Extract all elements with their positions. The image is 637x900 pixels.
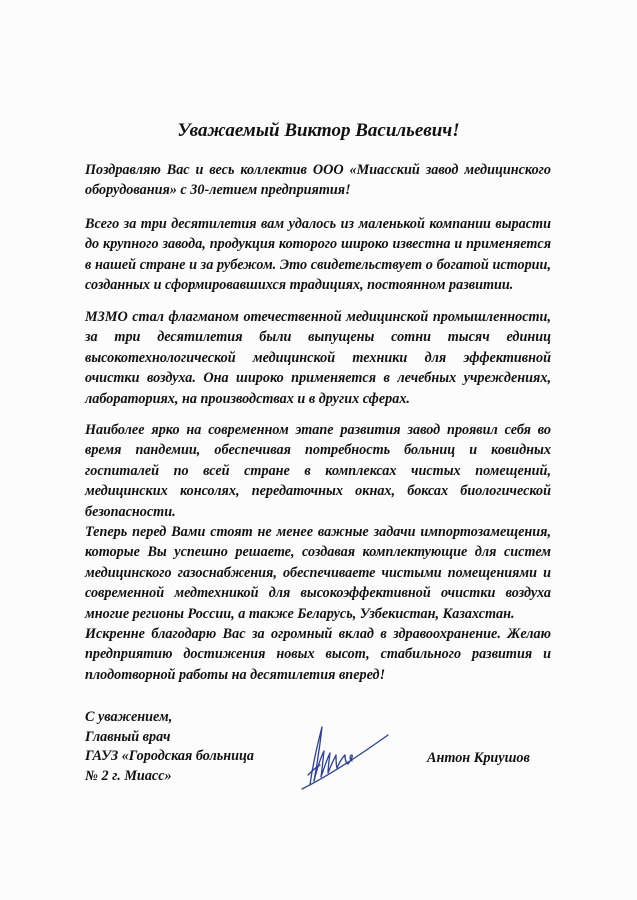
paragraph-gratitude: Искренне благодарю Вас за огромный вклад… xyxy=(85,624,551,685)
closing-regards: С уважением, xyxy=(85,708,254,728)
closing-organization-city: № 2 г. Миасс» xyxy=(85,767,254,787)
letter-greeting: Уважаемый Виктор Васильевич! xyxy=(0,120,637,142)
paragraph-import-substitution: Теперь перед Вами стоят не менее важные … xyxy=(85,522,551,624)
closing-position: Главный врач xyxy=(85,728,254,748)
signer-name: Антон Криушов xyxy=(427,750,530,767)
paragraph-congratulation: Поздравляю Вас и весь коллектив ООО «Миа… xyxy=(85,160,551,201)
paragraph-pandemic: Наиболее ярко на современном этапе разви… xyxy=(85,420,551,522)
closing-block: С уважением, Главный врач ГАУЗ «Городска… xyxy=(85,708,254,786)
paragraph-flagship: МЗМО стал флагманом отечественной медици… xyxy=(85,307,551,409)
paragraph-history: Всего за три десятилетия вам удалось из … xyxy=(85,214,551,296)
letter-page: Уважаемый Виктор Васильевич! Поздравляю … xyxy=(0,0,637,900)
signature-icon xyxy=(290,715,390,795)
closing-organization: ГАУЗ «Городская больница xyxy=(85,747,254,767)
